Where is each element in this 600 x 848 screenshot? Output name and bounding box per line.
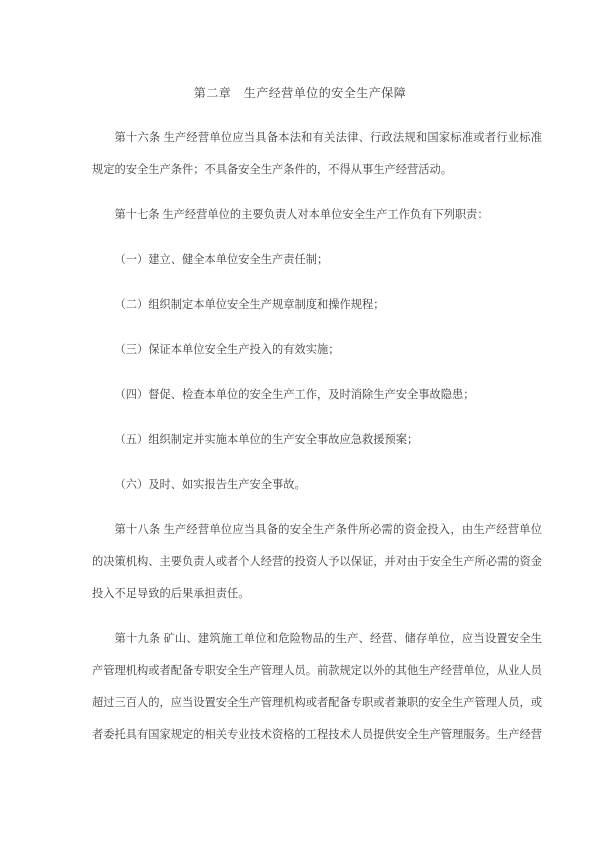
paragraph-article-17-item-1: （一）建立、健全本单位安全生产责任制； (92, 244, 542, 276)
chapter-title: 第二章 生产经营单位的安全生产保障 (0, 77, 600, 109)
paragraph-article-19: 第十九条 矿山、建筑施工单位和危险物品的生产、经营、储存单位，应当设置安全生产管… (92, 623, 542, 751)
document-content: 第二章 生产经营单位的安全生产保障 第十六条 生产经营单位应当具备本法和有关法律… (0, 0, 600, 751)
paragraph-article-17-item-3: （三）保证本单位安全生产投入的有效实施； (92, 334, 542, 366)
paragraph-article-18: 第十八条 生产经营单位应当具备的安全生产条件所必需的资金投入，由生产经营单位的决… (92, 514, 542, 610)
paragraph-article-17-intro: 第十七条 生产经营单位的主要负责人对本单位安全生产工作负有下列职责： (92, 199, 542, 231)
paragraph-article-17-item-6: （六）及时、如实报告生产安全事故。 (92, 469, 542, 501)
paragraph-article-16: 第十六条 生产经营单位应当具备本法和有关法律、行政法规和国家标准或者行业标准规定… (92, 122, 542, 186)
document-page: 第二章 生产经营单位的安全生产保障 第十六条 生产经营单位应当具备本法和有关法律… (0, 0, 600, 848)
paragraph-article-17-item-4: （四）督促、检查本单位的安全生产工作，及时消除生产安全事故隐患； (92, 379, 542, 411)
paragraph-article-17-item-5: （五）组织制定并实施本单位的生产安全事故应急救援预案； (92, 424, 542, 456)
paragraph-article-17-item-2: （二）组织制定本单位安全生产规章制度和操作规程； (92, 289, 542, 321)
